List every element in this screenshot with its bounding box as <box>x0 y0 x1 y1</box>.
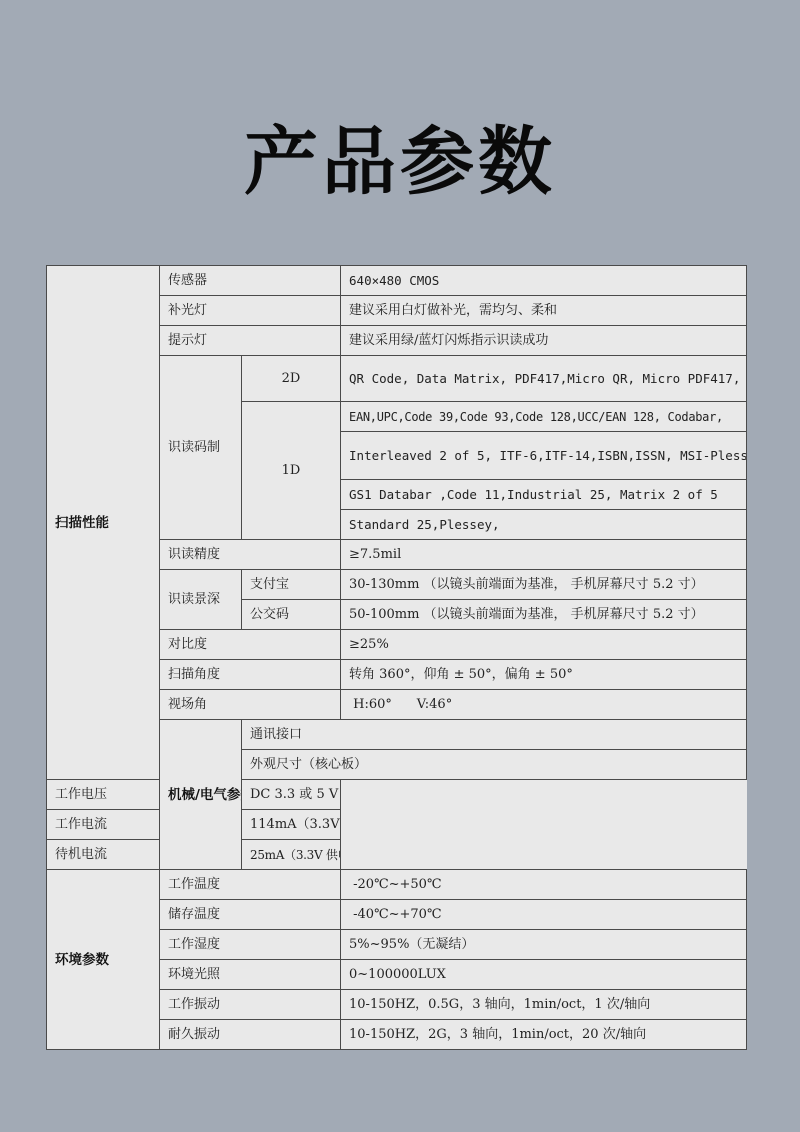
table-row: 环境参数 工作温度 -20℃~+50℃ <box>47 870 747 900</box>
spec-label: 识读精度 <box>160 540 341 570</box>
spec-value: 转角 360°，仰角 ± 50°，偏角 ± 50° <box>341 660 747 690</box>
table-row: 待机电流 25mA（3.3V 供电 USB 模式）；13mA（3.3V 供电 串… <box>47 840 747 870</box>
spec-sublabel: 1D <box>242 402 341 540</box>
spec-value: H:60° V:46° <box>341 690 747 720</box>
spec-value: Interleaved 2 of 5, ITF-6,ITF-14,ISBN,IS… <box>341 432 747 480</box>
category-scan: 扫描性能 <box>47 266 160 780</box>
spec-label: 待机电流 <box>47 840 242 870</box>
page-title: 产品参数 <box>0 112 800 212</box>
spec-label: 识读景深 <box>160 570 242 630</box>
spec-sublabel: 公交码 <box>242 600 341 630</box>
spec-value: 10-150HZ，2G，3 轴向，1min/oct，20 次/轴向 <box>341 1020 747 1050</box>
spec-label: 工作电流 <box>47 810 242 840</box>
category-environment: 环境参数 <box>47 870 160 1050</box>
spec-value: EAN,UPC,Code 39,Code 93,Code 128,UCC/EAN… <box>341 402 747 432</box>
spec-label: 环境光照 <box>160 960 341 990</box>
spec-value: ≥7.5mil <box>341 540 747 570</box>
spec-value: 25mA（3.3V 供电 USB 模式）；13mA（3.3V 供电 串口模式） <box>242 840 341 870</box>
table-row: 扫描性能 传感器 640×480 CMOS <box>47 266 747 296</box>
spec-value: 建议采用绿/蓝灯闪烁指示识读成功 <box>341 326 747 356</box>
spec-value: DC 3.3 或 5 V <box>242 780 341 810</box>
spec-label: 识读码制 <box>160 356 242 540</box>
spec-label: 储存温度 <box>160 900 341 930</box>
spec-label: 通讯接口 <box>242 720 747 750</box>
spec-value: 50-100mm （以镜头前端面为基准， 手机屏幕尺寸 5.2 寸） <box>341 600 747 630</box>
spec-value: 5%~95%（无凝结） <box>341 930 747 960</box>
spec-label: 对比度 <box>160 630 341 660</box>
spec-value: 114mA（3.3V 供电 最大值） <box>242 810 341 840</box>
spec-value: 建议采用白灯做补光，需均匀、柔和 <box>341 296 747 326</box>
spec-value: Standard 25,Plessey, <box>341 510 747 540</box>
spec-table: 扫描性能 传感器 640×480 CMOS 补光灯 建议采用白灯做补光，需均匀、… <box>46 265 747 1050</box>
spec-value: 0~100000LUX <box>341 960 747 990</box>
table-row: 工作电压 DC 3.3 或 5 V <box>47 780 747 810</box>
spec-value: QR Code, Data Matrix, PDF417,Micro QR, M… <box>341 356 747 402</box>
spec-value: 10-150HZ，0.5G，3 轴向，1min/oct，1 次/轴向 <box>341 990 747 1020</box>
spec-value: 30-130mm （以镜头前端面为基准， 手机屏幕尺寸 5.2 寸） <box>341 570 747 600</box>
spec-label: 耐久振动 <box>160 1020 341 1050</box>
spec-label: 工作振动 <box>160 990 341 1020</box>
spec-value: GS1 Databar ,Code 11,Industrial 25, Matr… <box>341 480 747 510</box>
spec-label: 补光灯 <box>160 296 341 326</box>
spec-label: 工作温度 <box>160 870 341 900</box>
spec-label: 视场角 <box>160 690 341 720</box>
spec-label: 外观尺寸（核心板） <box>242 750 747 780</box>
spec-sublabel: 支付宝 <box>242 570 341 600</box>
spec-label: 传感器 <box>160 266 341 296</box>
spec-label: 扫描角度 <box>160 660 341 690</box>
spec-value: 640×480 CMOS <box>341 266 747 296</box>
spec-label: 提示灯 <box>160 326 341 356</box>
spec-label: 工作湿度 <box>160 930 341 960</box>
spec-sublabel: 2D <box>242 356 341 402</box>
spec-value: ≥25% <box>341 630 747 660</box>
table-row: 工作电流 114mA（3.3V 供电 最大值） <box>47 810 747 840</box>
spec-value: -40℃~+70℃ <box>341 900 747 930</box>
spec-value: -20℃~+50℃ <box>341 870 747 900</box>
